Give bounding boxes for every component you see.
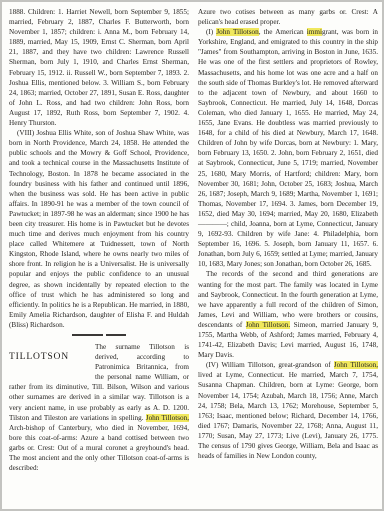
text-run: (VIII) Joshua Ellis White, son of Joshua…: [9, 129, 189, 329]
divider-rule: [106, 334, 126, 336]
paragraph: (VIII) Joshua Ellis White, son of Joshua…: [9, 128, 189, 330]
surname-heading: TILLOTSON: [9, 342, 95, 372]
search-highlight: John Tillotson.: [246, 321, 290, 329]
scanned-book-page: 1888. Children: 1. Harriet Newell, born …: [0, 0, 384, 511]
search-highlight: John Tillotson,: [146, 414, 189, 422]
surname-paragraph: TILLOTSONThe surname Tillotson is derive…: [9, 342, 189, 473]
search-highlight: John Tillotson: [216, 28, 258, 36]
text-run: , the American: [259, 28, 307, 36]
text-run: (IV) William Tillotson, great-grandson o…: [206, 361, 334, 369]
search-highlight: John Tillotson,: [334, 361, 378, 369]
text-run: lived at Lyme, Connecticut. He married, …: [198, 371, 378, 460]
search-highlight: immi: [307, 28, 322, 36]
text-run: Arch-bishop of Canterbury, who died in N…: [9, 424, 189, 472]
text-run: 1888. Children: 1. Harriet Newell, born …: [9, 8, 189, 127]
paragraph: (I) John Tillotson, the American immigra…: [198, 27, 378, 269]
paragraph: (IV) William Tillotson, great-grandson o…: [198, 360, 378, 461]
right-column: Azure two cotises between as many garbs …: [198, 7, 378, 503]
divider-rule: [72, 334, 103, 336]
text-run: Azure two cotises between as many garbs …: [198, 8, 378, 26]
paragraph: Azure two cotises between as many garbs …: [198, 7, 378, 27]
text-run: (I): [206, 28, 216, 36]
paragraph: The records of the second and third gene…: [198, 269, 378, 360]
paragraph: 1888. Children: 1. Harriet Newell, born …: [9, 7, 189, 128]
section-divider: [9, 334, 189, 338]
text-run: grant, was born in Yorkshire, England, a…: [198, 28, 378, 268]
left-column: 1888. Children: 1. Harriet Newell, born …: [9, 7, 189, 503]
